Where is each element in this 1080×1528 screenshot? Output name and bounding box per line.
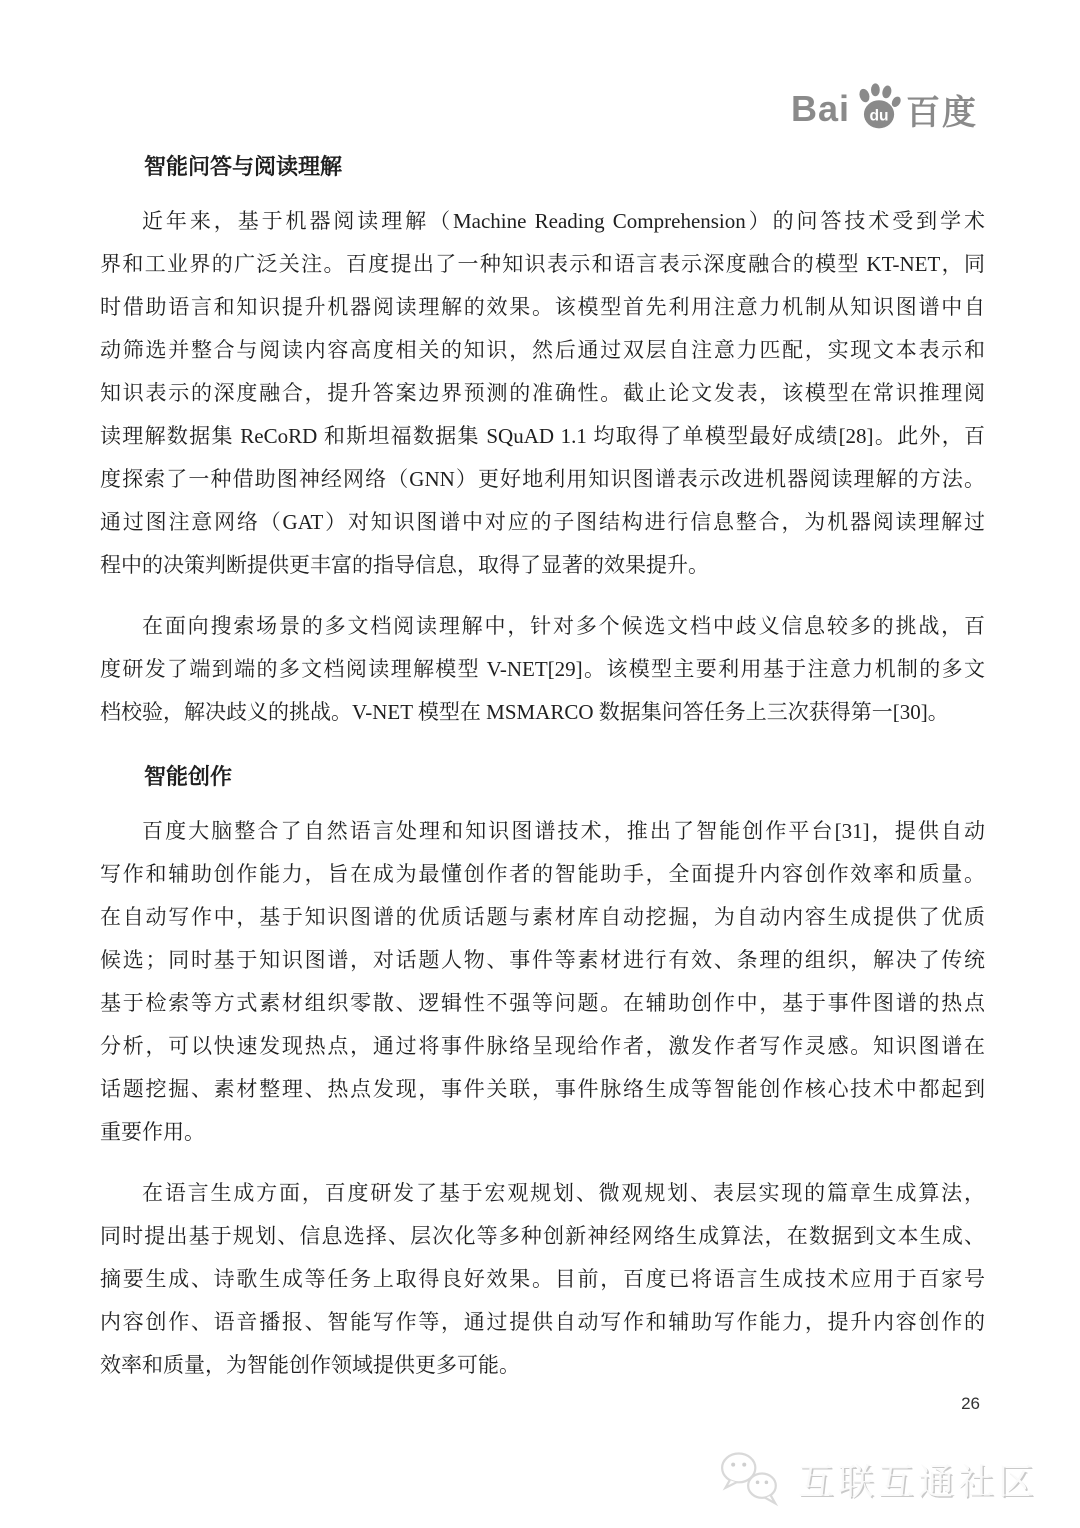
- text-line: 通过图注意网络（GAT）对知识图谱中对应的子图结构进行信息整合，为机器阅读理解过: [100, 501, 985, 544]
- paragraph-language-generation: 在语言生成方面，百度研发了基于宏观规划、微观规划、表层实现的篇章生成算法，同时提…: [100, 1172, 985, 1387]
- paragraph-v-net: 在面向搜索场景的多文档阅读理解中，针对多个候选文档中歧义信息较多的挑战，百度研发…: [100, 605, 985, 734]
- page-number: 26: [961, 1394, 980, 1414]
- baidu-logo: Bai du 百度: [791, 84, 978, 134]
- text-line: 候选；同时基于知识图谱，对话题人物、事件等素材进行有效、条理的组织，解决了传统: [100, 939, 985, 982]
- watermark: 互联互通社区: [716, 1448, 1038, 1510]
- text-line: 写作和辅助创作能力，旨在成为最懂创作者的智能助手，全面提升内容创作效率和质量。: [100, 853, 985, 896]
- baidu-paw-icon: du: [853, 82, 903, 132]
- text-line: 动筛选并整合与阅读内容高度相关的知识，然后通过双层自注意力匹配，实现文本表示和: [100, 329, 985, 372]
- text-line: 基于检索等方式素材组织零散、逻辑性不强等问题。在辅助创作中，基于事件图谱的热点: [100, 982, 985, 1025]
- text-line: 程中的决策判断提供更丰富的指导信息，取得了显著的效果提升。: [100, 544, 985, 587]
- text-line: 近年来，基于机器阅读理解（Machine Reading Comprehensi…: [100, 200, 985, 243]
- text-line: 知识表示的深度融合，提升答案边界预测的准确性。截止论文发表，该模型在常识推理阅: [100, 372, 985, 415]
- text-line: 在面向搜索场景的多文档阅读理解中，针对多个候选文档中歧义信息较多的挑战，百: [100, 605, 985, 648]
- text-line: 分析，可以快速发现热点，通过将事件脉络呈现给作者，激发作者写作灵感。知识图谱在: [100, 1025, 985, 1068]
- wechat-chat-bubbles-icon: [716, 1448, 788, 1510]
- text-line: 同时提出基于规划、信息选择、层次化等多种创新神经网络生成算法，在数据到文本生成、: [100, 1215, 985, 1258]
- baidu-logo-text-cn: 百度: [906, 85, 978, 134]
- section-heading-qa-reading: 智能问答与阅读理解: [144, 152, 985, 182]
- text-line: 度探索了一种借助图神经网络（GNN）更好地利用知识图谱表示改进机器阅读理解的方法…: [100, 458, 985, 501]
- text-line: 摘要生成、诗歌生成等任务上取得良好效果。目前，百度已将语言生成技术应用于百家号: [100, 1258, 985, 1301]
- watermark-text: 互联互通社区: [798, 1454, 1038, 1505]
- text-line: 在语言生成方面，百度研发了基于宏观规划、微观规划、表层实现的篇章生成算法，: [100, 1172, 985, 1215]
- text-line: 效率和质量，为智能创作领域提供更多可能。: [100, 1344, 985, 1387]
- text-line: 界和工业界的广泛关注。百度提出了一种知识表示和语言表示深度融合的模型 KT-NE…: [100, 243, 985, 286]
- text-line: 档校验，解决歧义的挑战。V-NET 模型在 MSMARCO 数据集问答任务上三次…: [100, 691, 985, 734]
- baidu-logo-text-bai: Bai: [791, 88, 850, 130]
- text-line: 在自动写作中，基于知识图谱的优质话题与素材库自动挖掘，为自动内容生成提供了优质: [100, 896, 985, 939]
- section-heading-smart-creation: 智能创作: [144, 762, 985, 792]
- document-page: Bai du 百度 智能问答与阅读理解 近年来，基于机器阅读理解（Machine…: [0, 0, 1080, 1528]
- text-line: 读理解数据集 ReCoRD 和斯坦福数据集 SQuAD 1.1 均取得了单模型最…: [100, 415, 985, 458]
- text-line: 重要作用。: [100, 1111, 985, 1154]
- paragraph-kt-net: 近年来，基于机器阅读理解（Machine Reading Comprehensi…: [100, 200, 985, 587]
- svg-text:du: du: [870, 108, 889, 125]
- text-line: 话题挖掘、素材整理、热点发现，事件关联，事件脉络生成等智能创作核心技术中都起到: [100, 1068, 985, 1111]
- text-line: 内容创作、语音播报、智能写作等，通过提供自动写作和辅助写作能力，提升内容创作的: [100, 1301, 985, 1344]
- document-content: 智能问答与阅读理解 近年来，基于机器阅读理解（Machine Reading C…: [0, 0, 1080, 1387]
- text-line: 度研发了端到端的多文档阅读理解模型 V-NET[29]。该模型主要利用基于注意力…: [100, 648, 985, 691]
- paragraph-creation-platform: 百度大脑整合了自然语言处理和知识图谱技术，推出了智能创作平台[31]，提供自动写…: [100, 810, 985, 1154]
- text-line: 百度大脑整合了自然语言处理和知识图谱技术，推出了智能创作平台[31]，提供自动: [100, 810, 985, 853]
- text-line: 时借助语言和知识提升机器阅读理解的效果。该模型首先利用注意力机制从知识图谱中自: [100, 286, 985, 329]
